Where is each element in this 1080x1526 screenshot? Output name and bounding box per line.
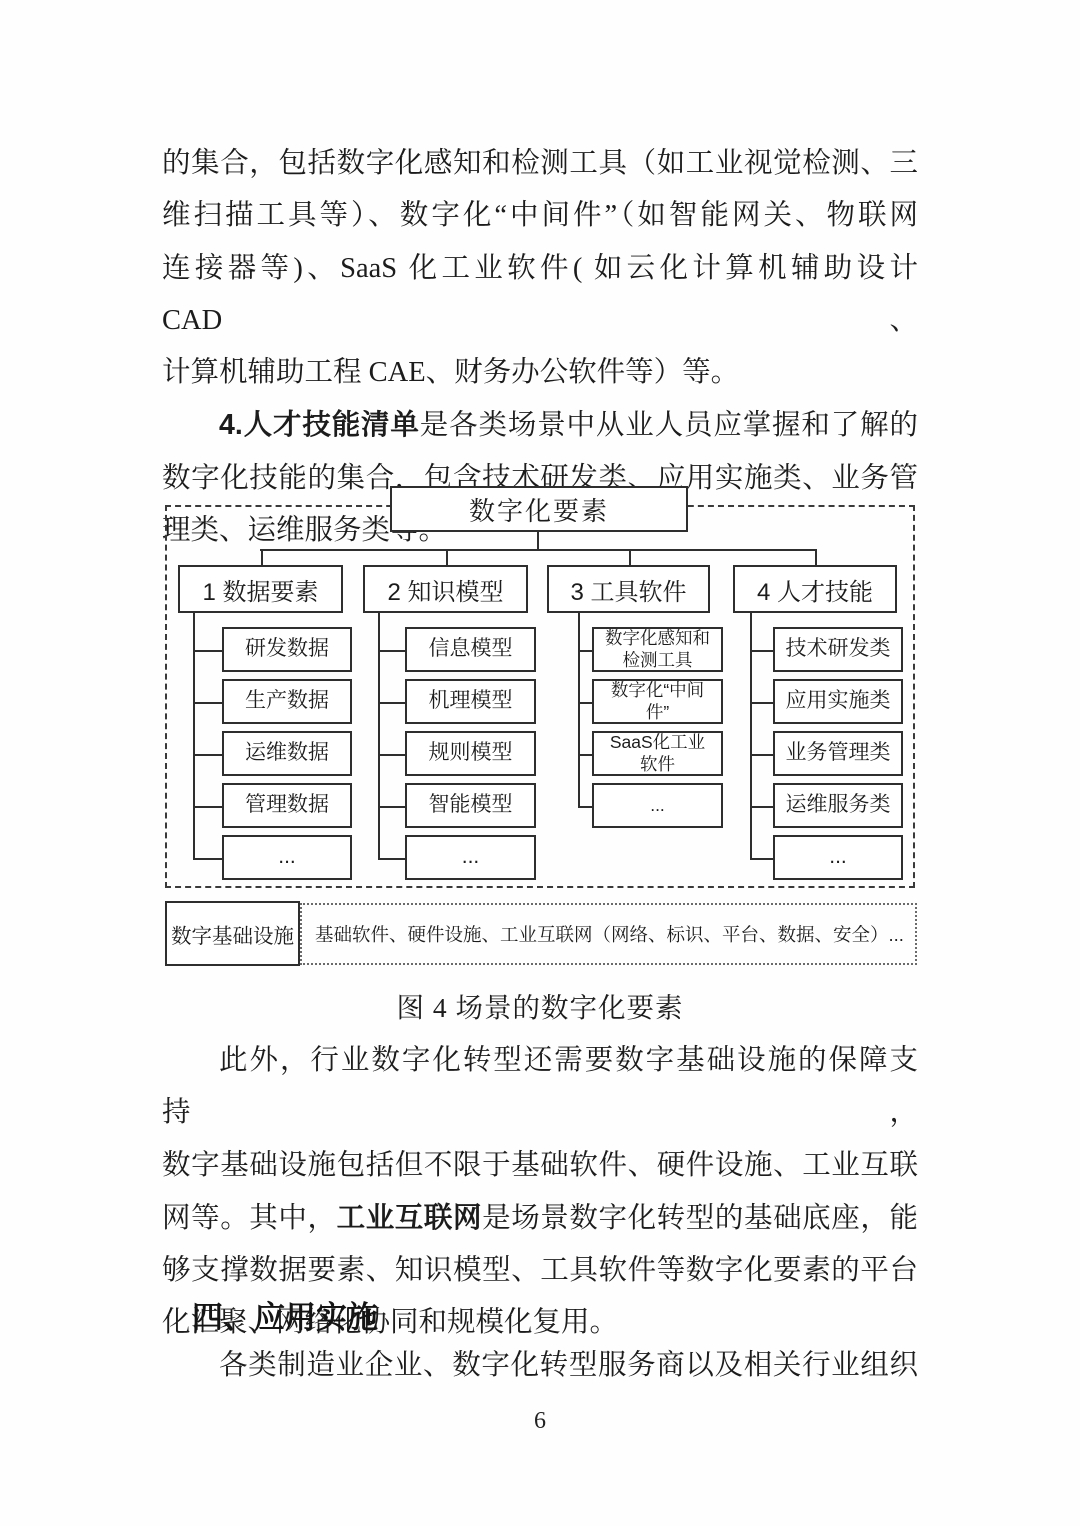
diagram-child-node: SaaS化工业 软件 xyxy=(592,731,723,776)
text-line: 网等。其中，工业互联网是场景数字化转型的基础底座，能 xyxy=(162,1192,918,1245)
connector-child-stub xyxy=(193,650,222,652)
connector-child-stub xyxy=(578,754,592,756)
text-line: 数字化技能的集合，包含技术研发类、应用实施类、业务管 xyxy=(162,453,918,505)
diagram-child-node: 信息模型 xyxy=(405,627,536,672)
diagram-child-node: 研发数据 xyxy=(222,627,352,672)
diagram-child-node: ... xyxy=(773,835,903,880)
connector-child-stub xyxy=(578,702,592,704)
figure-caption: 图 4 场景的数字化要素 xyxy=(0,986,1080,1030)
diagram-header-node: 4 人才技能 xyxy=(733,565,897,613)
diagram-header-node: 2 知识模型 xyxy=(363,565,528,613)
connector-child-stub xyxy=(750,754,773,756)
text: 连接器等)、SaaS 化工业软件( 如云化计算机辅助设计 CAD、 xyxy=(162,253,918,336)
connector-child-stub xyxy=(193,754,222,756)
text: 数字化技能的集合，包含技术研发类、应用实施类、业务管 xyxy=(162,463,918,494)
text: 数字基础设施包括但不限于基础软件、硬件设施、工业互联 xyxy=(162,1150,918,1181)
text-line: 维扫描工具等）、数字化“中间件”（如智能网关、物联网 xyxy=(162,190,918,242)
connector-child-stub xyxy=(378,702,405,704)
diagram-child-node: 规则模型 xyxy=(405,731,536,776)
diagram-child-node: 运维数据 xyxy=(222,731,352,776)
connector-child-stub xyxy=(750,858,773,860)
text-line: 各类制造业企业、数字化转型服务商以及相关行业组织 xyxy=(162,1340,918,1392)
body-text-top: 的集合，包括数字化感知和检测工具（如工业视觉检测、三维扫描工具等）、数字化“中间… xyxy=(162,138,918,557)
connector-child-stub xyxy=(750,806,773,808)
bold-text: 工业互联网 xyxy=(337,1202,483,1234)
connector-trunk xyxy=(193,613,195,858)
page-number: 6 xyxy=(0,1408,1080,1435)
diagram-child-node: 生产数据 xyxy=(222,679,352,724)
text: 计算机辅助工程 CAE、财务办公软件等）等。 xyxy=(162,357,739,388)
diagram-dashed-frame xyxy=(165,505,915,888)
text-line: 连接器等)、SaaS 化工业软件( 如云化计算机辅助设计 CAD、 xyxy=(162,243,918,348)
text: 理类、运维服务类等。 xyxy=(162,515,447,546)
text-line: 计算机辅助工程 CAE、财务办公软件等）等。 xyxy=(162,347,918,399)
text: 维扫描工具等）、数字化“中间件”（如智能网关、物联网 xyxy=(162,200,918,231)
text-line: 数字基础设施包括但不限于基础软件、硬件设施、工业互联 xyxy=(162,1140,918,1192)
connector-child-stub xyxy=(578,806,592,808)
connector-trunk xyxy=(578,613,580,806)
diagram-child-node: 运维服务类 xyxy=(773,783,903,828)
connector-trunk xyxy=(378,613,380,858)
text: 此外，行业数字化转型还需要数字基础设施的保障支持， xyxy=(162,1045,918,1128)
connector-child-stub xyxy=(378,858,405,860)
body-text-last: 各类制造业企业、数字化转型服务商以及相关行业组织 xyxy=(162,1340,918,1392)
text-line: 4.人才技能清单是各类场景中从业人员应掌握和了解的 xyxy=(162,399,918,452)
connector-child-stub xyxy=(193,858,222,860)
connector-child-stub xyxy=(193,702,222,704)
diagram-child-node: ... xyxy=(592,783,723,828)
connector-child-stub xyxy=(378,754,405,756)
connector-child-stub xyxy=(378,806,405,808)
diagram-child-node: 应用实施类 xyxy=(773,679,903,724)
diagram-child-node: 智能模型 xyxy=(405,783,536,828)
diagram-child-node: 数字化感知和 检测工具 xyxy=(592,627,723,672)
text: 是场景数字化转型的基础底座，能 xyxy=(482,1203,918,1234)
text-line: 此外，行业数字化转型还需要数字基础设施的保障支持， xyxy=(162,1035,918,1140)
connector-child-stub xyxy=(193,806,222,808)
diagram-child-node: ... xyxy=(222,835,352,880)
diagram-child-node: ... xyxy=(405,835,536,880)
text-line: 够支撑数据要素、知识模型、工具软件等数字化要素的平台 xyxy=(162,1245,918,1297)
text: 是各类场景中从业人员应掌握和了解的 xyxy=(420,410,918,441)
diagram-child-node: 管理数据 xyxy=(222,783,352,828)
diagram-child-node: 机理模型 xyxy=(405,679,536,724)
diagram-header-node: 3 工具软件 xyxy=(547,565,710,613)
section-heading: 四、应用实施 xyxy=(162,1292,918,1344)
connector-child-stub xyxy=(750,702,773,704)
text-line: 理类、运维服务类等。 xyxy=(162,505,918,557)
connector-child-stub xyxy=(578,650,592,652)
text: 网等。其中， xyxy=(162,1203,337,1234)
bold-text: 4.人才技能清单 xyxy=(219,409,420,441)
document-page: 的集合，包括数字化感知和检测工具（如工业视觉检测、三维扫描工具等）、数字化“中间… xyxy=(0,0,1080,1526)
diagram-header-node: 1 数据要素 xyxy=(178,565,343,613)
diagram-child-node: 数字化“中间 件” xyxy=(592,679,723,724)
text: 各类制造业企业、数字化转型服务商以及相关行业组织 xyxy=(219,1350,918,1381)
infrastructure-label-box: 数字基础设施 xyxy=(165,901,300,966)
text-line: 的集合，包括数字化感知和检测工具（如工业视觉检测、三 xyxy=(162,138,918,190)
connector-child-stub xyxy=(378,650,405,652)
diagram-child-node: 技术研发类 xyxy=(773,627,903,672)
text: 够支撑数据要素、知识模型、工具软件等数字化要素的平台 xyxy=(162,1255,918,1286)
text: 的集合，包括数字化感知和检测工具（如工业视觉检测、三 xyxy=(162,148,918,179)
connector-trunk xyxy=(750,613,752,858)
connector-child-stub xyxy=(750,650,773,652)
infrastructure-items-box: 基础软件、硬件设施、工业互联网（网络、标识、平台、数据、安全）... xyxy=(300,903,917,965)
diagram-child-node: 业务管理类 xyxy=(773,731,903,776)
